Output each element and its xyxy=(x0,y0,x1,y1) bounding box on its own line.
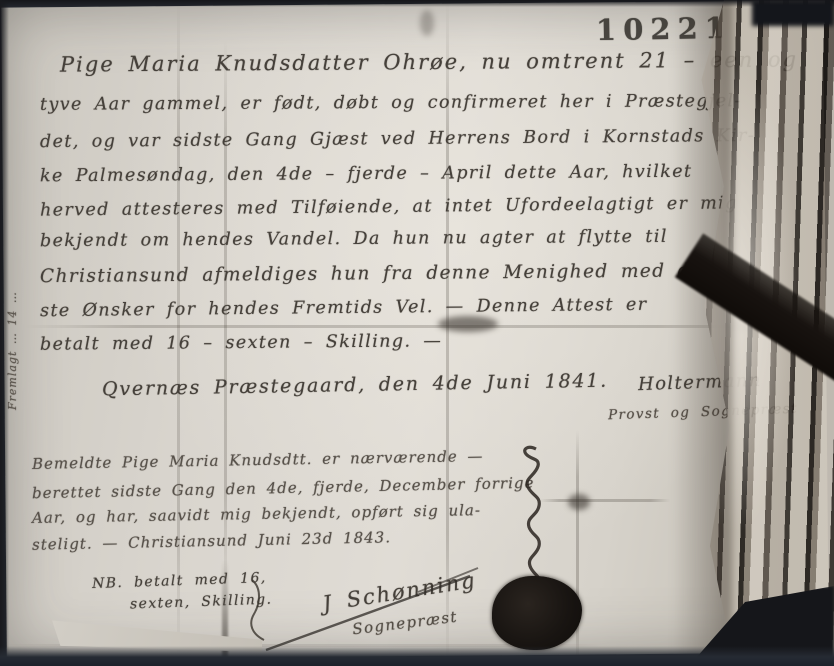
crumple-shadow xyxy=(672,0,732,666)
photo-edge xyxy=(0,0,834,7)
photo-edge xyxy=(0,646,834,666)
photo-of-document: 10221 Fremlagt … 14 … Pige Maria Knudsda… xyxy=(0,0,834,666)
photo-edge xyxy=(0,0,9,666)
nb-brace-mark xyxy=(251,580,264,640)
